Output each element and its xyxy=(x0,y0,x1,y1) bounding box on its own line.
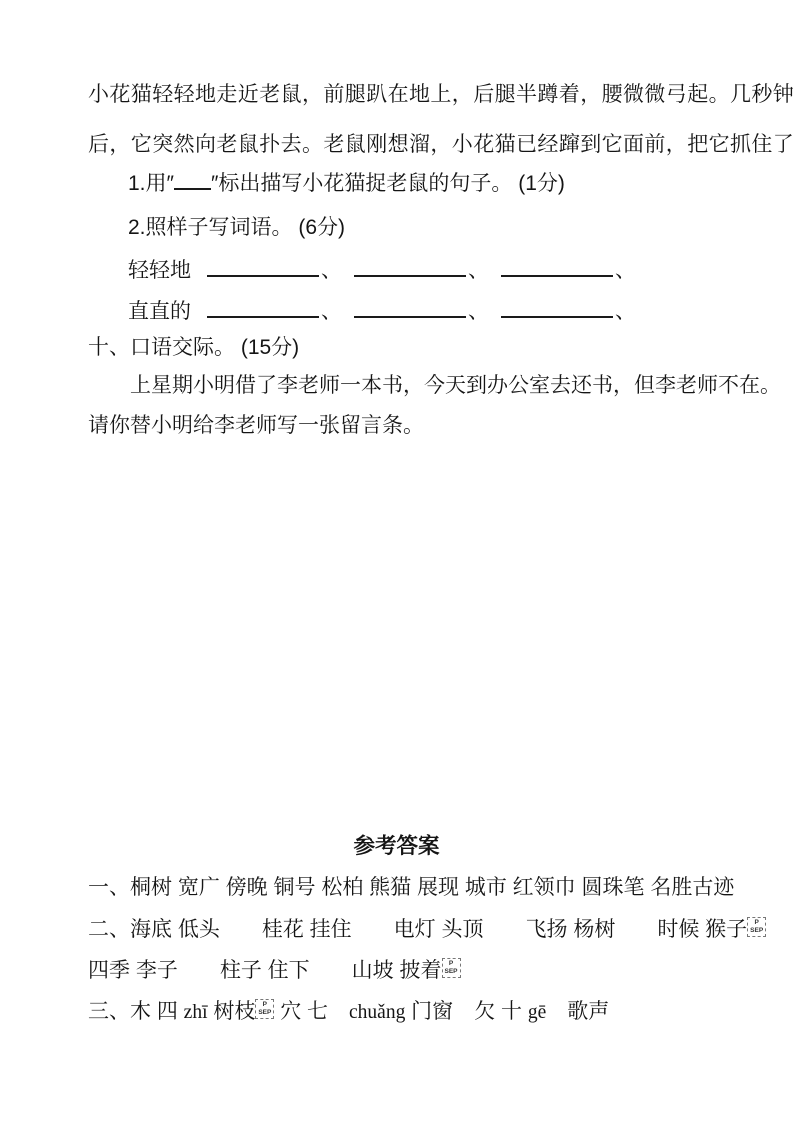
test-paper-page: 小花猫轻轻地走近老鼠，前腿趴在地上，后腿半蹲着，腰微微弓起。几秒钟 后，它突然向… xyxy=(0,0,793,1122)
answer-line-2a: 二、海底 低头 桂花 挂住 电灯 头顶 飞扬 杨树 时候 猴子PSEP xyxy=(88,916,766,944)
question-2: 2.照样子写词语。 (6分) xyxy=(128,214,345,242)
psep-top-label: P xyxy=(750,919,763,927)
answer-line-2b-text: 四季 李子 柱子 住下 山坡 披着 xyxy=(88,959,442,982)
list-separator: 、 xyxy=(615,259,636,282)
section-ten-line-2: 请你替小明给李老师写一张留言条。 xyxy=(88,412,424,440)
word-row-label: 直直的 xyxy=(128,300,191,323)
blank-line xyxy=(501,256,613,277)
blank-line xyxy=(354,256,466,277)
word-row-zhizhide: 直直的、、、 xyxy=(128,297,636,326)
answer-line-2a-text: 二、海底 低头 桂花 挂住 电灯 头顶 飞扬 杨树 时候 猴子 xyxy=(88,918,747,941)
word-row-qingqingde: 轻轻地、、、 xyxy=(128,256,636,285)
answer-line-1: 一、桐树 宽广 傍晚 铜号 松柏 熊猫 展现 城市 红领巾 圆珠笔 名胜古迹 xyxy=(88,874,734,902)
pinyin-chuang: chuǎng xyxy=(349,1002,405,1023)
list-separator: 、 xyxy=(468,300,489,323)
answer-line-3-c: 穴 七 xyxy=(274,1000,349,1023)
answer-line-3: 三、木 四 zhī 树枝PSEP 穴 七 chuǎng 门窗 欠 十 gē 歌声 xyxy=(88,998,609,1027)
question-1-suffix: ″标出描写小花猫捉老鼠的句子。 (1分) xyxy=(211,172,565,195)
list-separator: 、 xyxy=(468,259,489,282)
psep-bottom-label: SEP xyxy=(750,927,763,935)
blank-line xyxy=(501,297,613,318)
passage-line-2: 后，它突然向老鼠扑去。老鼠刚想溜，小花猫已经蹿到它面前，把它抓住了 xyxy=(88,131,793,159)
question-1-prefix: 1.用″ xyxy=(128,172,174,195)
list-separator: 、 xyxy=(615,300,636,323)
pinyin-zhi: zhī xyxy=(184,1002,208,1023)
psep-top-label: P xyxy=(445,960,458,968)
blank-line xyxy=(354,297,466,318)
passage-line-1: 小花猫轻轻地走近老鼠，前腿趴在地上，后腿半蹲着，腰微微弓起。几秒钟 xyxy=(88,81,793,109)
blank-line xyxy=(207,297,319,318)
blank-line xyxy=(207,256,319,277)
pinyin-ge: gē xyxy=(528,1002,546,1023)
psep-bottom-label: SEP xyxy=(445,968,458,976)
list-separator: 、 xyxy=(321,300,342,323)
answer-line-3-a: 三、木 四 xyxy=(88,1000,184,1023)
list-separator: 、 xyxy=(321,259,342,282)
paragraph-separator-glyph: PSEP xyxy=(255,999,274,1019)
word-row-label: 轻轻地 xyxy=(128,259,191,282)
paragraph-separator-glyph: PSEP xyxy=(747,917,766,937)
inline-blank-line xyxy=(174,169,211,190)
answer-line-3-e: 歌声 xyxy=(546,1000,609,1023)
section-ten-line-1: 上星期小明借了李老师一本书，今天到办公室去还书，但李老师不在。 xyxy=(88,372,781,400)
psep-top-label: P xyxy=(258,1001,271,1009)
paragraph-separator-glyph: PSEP xyxy=(442,958,461,978)
answer-line-2b: 四季 李子 柱子 住下 山坡 披着PSEP xyxy=(88,957,461,985)
answer-line-3-b: 树枝 xyxy=(208,1000,256,1023)
psep-bottom-label: SEP xyxy=(258,1009,271,1017)
section-ten-title: 十、口语交际。 (15分) xyxy=(88,334,299,362)
question-1: 1.用″″标出描写小花猫捉老鼠的句子。 (1分) xyxy=(128,169,565,198)
answer-line-3-d: 门窗 欠 十 xyxy=(405,1000,528,1023)
answers-title: 参考答案 xyxy=(0,832,793,860)
